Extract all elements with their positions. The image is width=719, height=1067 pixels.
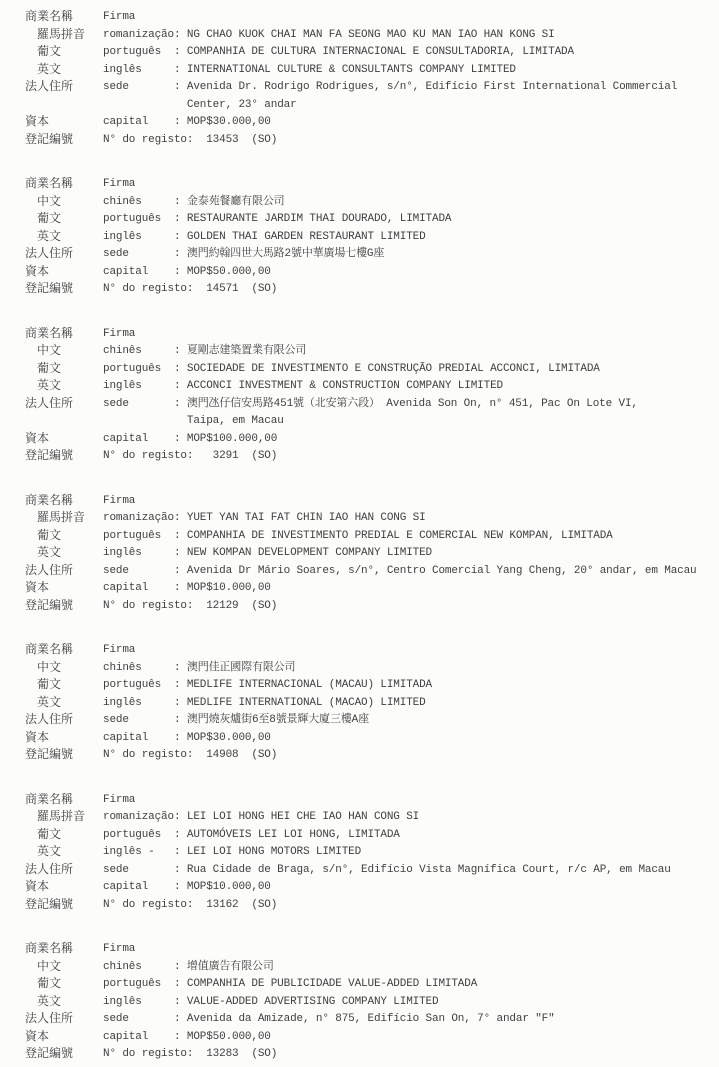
field-row-sede: 法人住所sede : Avenida Dr Mário Soares, s/n°… (25, 563, 719, 581)
field-label-zh: 英文 (25, 545, 103, 563)
field-text: português : COMPANHIA DE CULTURA INTERNA… (103, 44, 719, 62)
field-label-zh: 資本 (25, 879, 103, 897)
field-label-zh: 法人住所 (25, 246, 103, 264)
field-row-romanizacao: 羅馬拼音romanização: NG CHAO KUOK CHAI MAN F… (25, 27, 719, 45)
field-text: Firma (103, 493, 719, 511)
field-row-firma: 商業名稱Firma (25, 493, 719, 511)
field-row-portugues: 葡文português : COMPANHIA DE PUBLICIDADE V… (25, 976, 719, 994)
field-row-ingles: 英文inglês - : LEI LOI HONG MOTORS LIMITED (25, 844, 719, 862)
field-label-zh: 英文 (25, 695, 103, 713)
field-text: Firma (103, 9, 719, 27)
field-label-zh: 英文 (25, 994, 103, 1012)
field-label-zh: 資本 (25, 264, 103, 282)
field-label-zh: 登記編號 (25, 448, 103, 466)
field-label-zh: 葡文 (25, 677, 103, 695)
field-label-zh: 中文 (25, 959, 103, 977)
field-text: português : RESTAURANTE JARDIM THAI DOUR… (103, 211, 719, 229)
field-label-zh: 葡文 (25, 44, 103, 62)
field-row-chines: 中文chinês : 夏剛志建築置業有限公司 (25, 343, 719, 361)
field-label-zh: 中文 (25, 343, 103, 361)
field-label-zh: 法人住所 (25, 563, 103, 581)
field-text: Firma (103, 176, 719, 194)
field-row-ingles: 英文inglês : GOLDEN THAI GARDEN RESTAURANT… (25, 229, 719, 247)
field-text: sede : 澳門燒灰爐街6至8號景輝大廈三樓A座 (103, 712, 719, 730)
field-label-zh: 葡文 (25, 361, 103, 379)
field-label-zh: 英文 (25, 844, 103, 862)
field-label-zh: 英文 (25, 378, 103, 396)
field-row-portugues: 葡文português : MEDLIFE INTERNACIONAL (MAC… (25, 677, 719, 695)
field-row-chines: 中文chinês : 增值廣告有限公司 (25, 959, 719, 977)
field-label-zh: 羅馬拼音 (25, 27, 103, 45)
field-row-registo: 登記編號N° do registo: 3291 (SO) (25, 448, 719, 466)
field-label-zh: 登記編號 (25, 747, 103, 765)
field-text: chinês : 夏剛志建築置業有限公司 (103, 343, 719, 361)
field-text: N° do registo: 13283 (SO) (103, 1046, 719, 1064)
company-entry: 商業名稱Firma中文chinês : 夏剛志建築置業有限公司葡文portugu… (25, 326, 719, 466)
field-label-zh: 法人住所 (25, 712, 103, 730)
field-label-zh: 商業名稱 (25, 941, 103, 959)
field-text: N° do registo: 13162 (SO) (103, 897, 719, 915)
field-row-firma: 商業名稱Firma (25, 9, 719, 27)
field-label-zh: 登記編號 (25, 281, 103, 299)
field-row-capital: 資本capital : MOP$50.000,00 (25, 1029, 719, 1047)
field-row-registo: 登記編號N° do registo: 13453 (SO) (25, 132, 719, 150)
field-text: romanização: YUET YAN TAI FAT CHIN IAO H… (103, 510, 719, 528)
field-row-portugues: 葡文português : COMPANHIA DE INVESTIMENTO … (25, 528, 719, 546)
field-row-registo: 登記編號N° do registo: 13283 (SO) (25, 1046, 719, 1064)
company-entry: 商業名稱Firma羅馬拼音romanização: NG CHAO KUOK C… (25, 9, 719, 149)
field-row-ingles: 英文inglês : INTERNATIONAL CULTURE & CONSU… (25, 62, 719, 80)
field-text: capital : MOP$30.000,00 (103, 114, 719, 132)
field-row-firma: 商業名稱Firma (25, 326, 719, 344)
field-row-registo: 登記編號N° do registo: 14571 (SO) (25, 281, 719, 299)
field-row-capital: 資本capital : MOP$30.000,00 (25, 114, 719, 132)
field-row-registo: 登記編號N° do registo: 14908 (SO) (25, 747, 719, 765)
field-row-ingles: 英文inglês : ACCONCI INVESTMENT & CONSTRUC… (25, 378, 719, 396)
field-row-ingles: 英文inglês : NEW KOMPAN DEVELOPMENT COMPAN… (25, 545, 719, 563)
registry-document-page: 商業名稱Firma羅馬拼音romanização: NG CHAO KUOK C… (0, 0, 719, 1067)
field-label-zh: 葡文 (25, 976, 103, 994)
field-label-zh: 法人住所 (25, 396, 103, 414)
field-label-zh: 法人住所 (25, 1011, 103, 1029)
field-row-registo: 登記編號N° do registo: 13162 (SO) (25, 897, 719, 915)
field-text: português : COMPANHIA DE INVESTIMENTO PR… (103, 528, 719, 546)
field-text: Firma (103, 792, 719, 810)
field-text: português : AUTOMÓVEIS LEI LOI HONG, LIM… (103, 827, 719, 845)
field-text: inglês : ACCONCI INVESTMENT & CONSTRUCTI… (103, 378, 719, 396)
field-label-zh: 羅馬拼音 (25, 510, 103, 528)
field-row-portugues: 葡文português : RESTAURANTE JARDIM THAI DO… (25, 211, 719, 229)
field-label-zh: 登記編號 (25, 598, 103, 616)
field-text: inglês : INTERNATIONAL CULTURE & CONSULT… (103, 62, 719, 80)
field-row-ingles: 英文inglês : MEDLIFE INTERNATIONAL (MACAO)… (25, 695, 719, 713)
field-text: sede : Avenida Dr. Rodrigo Rodrigues, s/… (103, 79, 719, 114)
field-text: N° do registo: 3291 (SO) (103, 448, 719, 466)
field-row-sede: 法人住所sede : 澳門燒灰爐街6至8號景輝大廈三樓A座 (25, 712, 719, 730)
field-text: inglês : NEW KOMPAN DEVELOPMENT COMPANY … (103, 545, 719, 563)
field-text: português : COMPANHIA DE PUBLICIDADE VAL… (103, 976, 719, 994)
field-label-zh: 登記編號 (25, 1046, 103, 1064)
field-label-zh: 葡文 (25, 827, 103, 845)
field-text: chinês : 金泰苑餐廳有限公司 (103, 194, 719, 212)
field-row-capital: 資本capital : MOP$100.000,00 (25, 431, 719, 449)
field-label-zh: 葡文 (25, 528, 103, 546)
field-text: capital : MOP$100.000,00 (103, 431, 719, 449)
field-text: N° do registo: 14571 (SO) (103, 281, 719, 299)
field-row-capital: 資本capital : MOP$30.000,00 (25, 730, 719, 748)
field-text: inglês : VALUE-ADDED ADVERTISING COMPANY… (103, 994, 719, 1012)
field-text: sede : Avenida Dr Mário Soares, s/n°, Ce… (103, 563, 719, 581)
company-entry: 商業名稱Firma中文chinês : 澳門佳正國際有限公司葡文portuguê… (25, 642, 719, 765)
field-row-portugues: 葡文português : AUTOMÓVEIS LEI LOI HONG, L… (25, 827, 719, 845)
field-text: Firma (103, 326, 719, 344)
field-row-firma: 商業名稱Firma (25, 792, 719, 810)
field-text: N° do registo: 13453 (SO) (103, 132, 719, 150)
field-row-ingles: 英文inglês : VALUE-ADDED ADVERTISING COMPA… (25, 994, 719, 1012)
field-row-capital: 資本capital : MOP$10.000,00 (25, 580, 719, 598)
company-entry: 商業名稱Firma羅馬拼音romanização: LEI LOI HONG H… (25, 792, 719, 915)
field-text: português : MEDLIFE INTERNACIONAL (MACAU… (103, 677, 719, 695)
field-text: Firma (103, 941, 719, 959)
field-text: romanização: LEI LOI HONG HEI CHE IAO HA… (103, 809, 719, 827)
field-row-romanizacao: 羅馬拼音romanização: LEI LOI HONG HEI CHE IA… (25, 809, 719, 827)
field-label-zh: 資本 (25, 114, 103, 132)
field-row-capital: 資本capital : MOP$10.000,00 (25, 879, 719, 897)
field-text: sede : 澳門氹仔信安馬路451號（北安第六段） Avenida Son O… (103, 396, 719, 431)
field-row-chines: 中文chinês : 澳門佳正國際有限公司 (25, 660, 719, 678)
field-row-capital: 資本capital : MOP$50.000,00 (25, 264, 719, 282)
field-label-zh: 資本 (25, 1029, 103, 1047)
company-entry: 商業名稱Firma中文chinês : 金泰苑餐廳有限公司葡文português… (25, 176, 719, 299)
field-label-zh: 中文 (25, 194, 103, 212)
field-row-registo: 登記編號N° do registo: 12129 (SO) (25, 598, 719, 616)
field-text: capital : MOP$10.000,00 (103, 580, 719, 598)
field-row-firma: 商業名稱Firma (25, 642, 719, 660)
field-row-portugues: 葡文português : SOCIEDADE DE INVESTIMENTO … (25, 361, 719, 379)
field-text: capital : MOP$30.000,00 (103, 730, 719, 748)
field-label-zh: 資本 (25, 730, 103, 748)
field-text: capital : MOP$50.000,00 (103, 264, 719, 282)
field-text: N° do registo: 14908 (SO) (103, 747, 719, 765)
field-label-zh: 法人住所 (25, 862, 103, 880)
company-entry: 商業名稱Firma中文chinês : 增值廣告有限公司葡文português … (25, 941, 719, 1064)
field-text: capital : MOP$50.000,00 (103, 1029, 719, 1047)
field-label-zh: 資本 (25, 580, 103, 598)
field-text: sede : Avenida da Amizade, n° 875, Edifí… (103, 1011, 719, 1029)
field-text: romanização: NG CHAO KUOK CHAI MAN FA SE… (103, 27, 719, 45)
field-label-zh: 商業名稱 (25, 9, 103, 27)
entries-list: 商業名稱Firma羅馬拼音romanização: NG CHAO KUOK C… (25, 9, 719, 1064)
field-label-zh: 英文 (25, 62, 103, 80)
field-label-zh: 商業名稱 (25, 326, 103, 344)
field-text: chinês : 增值廣告有限公司 (103, 959, 719, 977)
field-label-zh: 羅馬拼音 (25, 809, 103, 827)
field-label-zh: 英文 (25, 229, 103, 247)
field-label-zh: 商業名稱 (25, 792, 103, 810)
field-text: inglês : MEDLIFE INTERNATIONAL (MACAO) L… (103, 695, 719, 713)
field-text: chinês : 澳門佳正國際有限公司 (103, 660, 719, 678)
field-label-zh: 資本 (25, 431, 103, 449)
field-text: Firma (103, 642, 719, 660)
field-text: N° do registo: 12129 (SO) (103, 598, 719, 616)
field-label-zh: 葡文 (25, 211, 103, 229)
field-label-zh: 中文 (25, 660, 103, 678)
field-row-firma: 商業名稱Firma (25, 941, 719, 959)
field-row-sede: 法人住所sede : Avenida Dr. Rodrigo Rodrigues… (25, 79, 719, 114)
field-row-sede: 法人住所sede : 澳門約翰四世大馬路2號中華廣場七樓G座 (25, 246, 719, 264)
field-row-chines: 中文chinês : 金泰苑餐廳有限公司 (25, 194, 719, 212)
field-text: sede : 澳門約翰四世大馬路2號中華廣場七樓G座 (103, 246, 719, 264)
field-row-portugues: 葡文português : COMPANHIA DE CULTURA INTER… (25, 44, 719, 62)
field-row-sede: 法人住所sede : 澳門氹仔信安馬路451號（北安第六段） Avenida S… (25, 396, 719, 431)
field-row-sede: 法人住所sede : Avenida da Amizade, n° 875, E… (25, 1011, 719, 1029)
field-label-zh: 商業名稱 (25, 642, 103, 660)
field-label-zh: 商業名稱 (25, 493, 103, 511)
field-label-zh: 法人住所 (25, 79, 103, 97)
field-label-zh: 登記編號 (25, 132, 103, 150)
field-text: inglês : GOLDEN THAI GARDEN RESTAURANT L… (103, 229, 719, 247)
field-row-sede: 法人住所sede : Rua Cidade de Braga, s/n°, Ed… (25, 862, 719, 880)
field-row-romanizacao: 羅馬拼音romanização: YUET YAN TAI FAT CHIN I… (25, 510, 719, 528)
company-entry: 商業名稱Firma羅馬拼音romanização: YUET YAN TAI F… (25, 493, 719, 616)
field-label-zh: 登記編號 (25, 897, 103, 915)
field-text: capital : MOP$10.000,00 (103, 879, 719, 897)
field-label-zh: 商業名稱 (25, 176, 103, 194)
field-text: português : SOCIEDADE DE INVESTIMENTO E … (103, 361, 719, 379)
field-text: inglês - : LEI LOI HONG MOTORS LIMITED (103, 844, 719, 862)
field-text: sede : Rua Cidade de Braga, s/n°, Edifíc… (103, 862, 719, 880)
field-row-firma: 商業名稱Firma (25, 176, 719, 194)
